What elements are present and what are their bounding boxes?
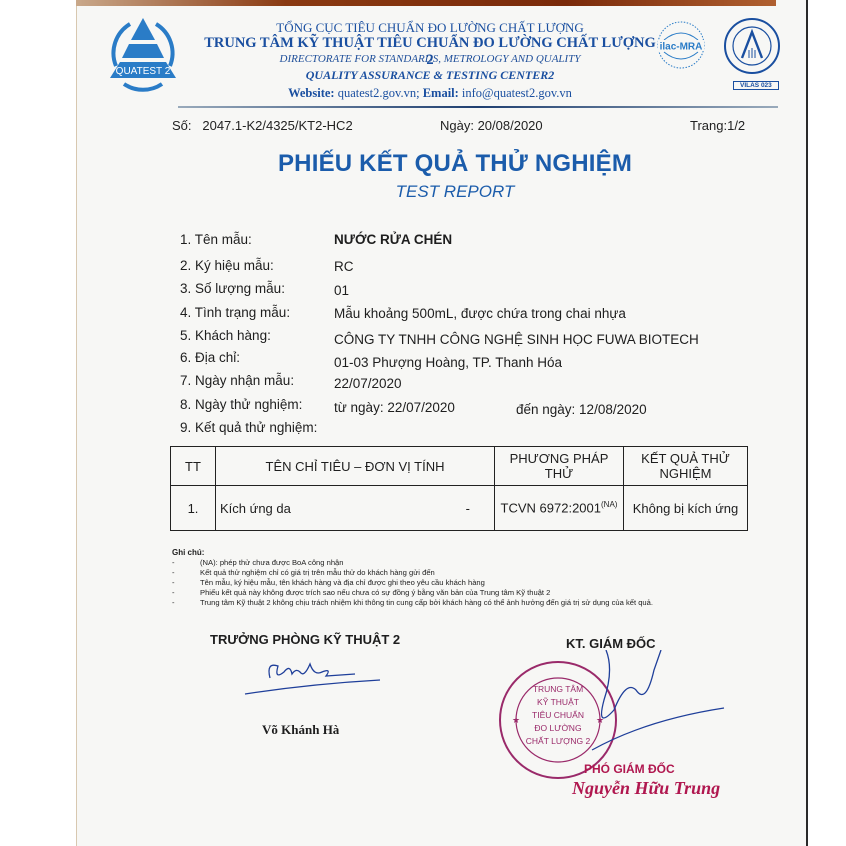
svg-text:ĐO LƯỜNG: ĐO LƯỜNG xyxy=(534,723,581,733)
field-label: 2. Ký hiệu mẫu: xyxy=(180,258,274,273)
indicator-name: Kích ứng da xyxy=(220,501,291,516)
svg-text:TRUNG TÂM: TRUNG TÂM xyxy=(533,684,583,694)
website-label: Website: xyxy=(288,86,335,100)
field-label: 3. Số lượng mẫu: xyxy=(180,281,285,296)
svg-text:★: ★ xyxy=(596,715,604,725)
field-label: 4. Tình trạng mẫu: xyxy=(180,305,290,320)
header-divider xyxy=(178,106,778,108)
field-value-condition: Mẫu khoảng 500mL, được chứa trong chai n… xyxy=(334,306,626,321)
svg-text:★: ★ xyxy=(512,715,520,725)
note-text: Trung tâm Kỹ thuật 2 không chịu trách nh… xyxy=(200,598,653,608)
note-text: (NA): phép thử chưa được BoA công nhận xyxy=(200,558,344,568)
note-item: -(NA): phép thử chưa được BoA công nhận xyxy=(172,558,653,568)
quatest-logo-icon: QUATEST 2 xyxy=(102,14,184,94)
col-header-tt: TT xyxy=(171,447,216,486)
note-item: -Phiếu kết quả này không được trích sao … xyxy=(172,588,653,598)
col-header-indicator: TÊN CHỈ TIÊU – ĐƠN VỊ TÍNH xyxy=(216,447,495,486)
notes-title: Ghi chú: xyxy=(172,548,653,558)
field-label: 8. Ngày thử nghiệm: xyxy=(180,397,302,412)
page-title: PHIẾU KẾT QUẢ THỬ NGHIỆM xyxy=(200,150,710,178)
note-item: -Kết quả thử nghiệm chỉ có giá trị trên … xyxy=(172,568,653,578)
method-value: TCVN 6972:2001 xyxy=(501,501,601,516)
note-text: Phiếu kết quả này không được trích sao n… xyxy=(200,588,550,598)
notes-section: Ghi chú: -(NA): phép thử chưa được BoA c… xyxy=(172,548,653,608)
method-superscript: (NA) xyxy=(601,500,617,509)
field-value-sample-code: RC xyxy=(334,259,354,274)
ilac-mra-icon: ilac-MRA xyxy=(656,20,706,70)
field-value-customer: CÔNG TY TNHH CÔNG NGHỆ SINH HỌC FUWA BIO… xyxy=(334,332,699,347)
field-value-test-to: đến ngày: 12/08/2020 xyxy=(516,402,647,417)
header-contact: Website: quatest2.gov.vn; Email: info@qu… xyxy=(200,86,660,101)
col-header-method: PHƯƠNG PHÁP THỬ xyxy=(495,447,624,486)
cell-tt: 1. xyxy=(171,486,216,531)
left-signatory-title: TRƯỞNG PHÒNG KỸ THUẬT 2 xyxy=(210,632,400,647)
header-directorate-en: DIRECTORATE FOR STANDARDS, METROLOGY AND… xyxy=(200,53,660,65)
cell-method: TCVN 6972:2001(NA) xyxy=(495,486,624,531)
results-table: TT TÊN CHỈ TIÊU – ĐƠN VỊ TÍNH PHƯƠNG PHÁ… xyxy=(170,446,748,531)
field-value-test-from: từ ngày: 22/07/2020 xyxy=(334,400,455,415)
email-link[interactable]: info@quatest2.gov.vn xyxy=(462,86,572,100)
note-text: Tên mẫu, ký hiệu mẫu, tên khách hàng và … xyxy=(200,578,485,588)
right-signatory-name: Nguyễn Hữu Trung xyxy=(572,778,720,799)
note-item: -Trung tâm Kỹ thuật 2 không chịu trách n… xyxy=(172,598,653,608)
field-label: 9. Kết quả thử nghiệm: xyxy=(180,420,317,435)
email-label: Email: xyxy=(423,86,459,100)
page-subtitle: TEST REPORT xyxy=(200,182,710,202)
indicator-unit: - xyxy=(466,501,470,516)
field-value-address: 01-03 Phượng Hoàng, TP. Thanh Hóa xyxy=(334,355,562,370)
field-label: 6. Địa chỉ: xyxy=(180,350,240,365)
header-ministry: TỔNG CỤC TIÊU CHUẨN ĐO LƯỜNG CHẤT LƯỢNG xyxy=(200,20,660,36)
left-signature-icon xyxy=(240,650,390,700)
left-signatory-name: Võ Khánh Hà xyxy=(262,722,339,738)
report-date: Ngày: 20/08/2020 xyxy=(440,118,543,133)
field-label: 7. Ngày nhận mẫu: xyxy=(180,373,294,388)
svg-text:TIÊU CHUẨN: TIÊU CHUẨN xyxy=(532,709,584,720)
number-value: 2047.1-K2/4325/KT2-HC2 xyxy=(202,118,352,133)
number-label: Số: xyxy=(172,118,192,133)
svg-text:ilac-MRA: ilac-MRA xyxy=(660,42,703,53)
field-label: 1. Tên mẫu: xyxy=(180,232,252,247)
note-item: -Tên mẫu, ký hiệu mẫu, tên khách hàng và… xyxy=(172,578,653,588)
svg-text:CHẤT LƯỢNG 2: CHẤT LƯỢNG 2 xyxy=(526,736,591,746)
table-header-row: TT TÊN CHỈ TIÊU – ĐƠN VỊ TÍNH PHƯƠNG PHÁ… xyxy=(171,447,748,486)
report-number: Số: 2047.1-K2/4325/KT2-HC2 xyxy=(172,118,353,133)
field-label: 5. Khách hàng: xyxy=(180,328,271,343)
top-edge-band xyxy=(76,0,776,6)
website-link[interactable]: quatest2.gov.vn; xyxy=(338,86,420,100)
svg-text:KỸ THUẬT: KỸ THUẬT xyxy=(537,697,579,707)
field-value-quantity: 01 xyxy=(334,283,349,298)
col-header-result: KẾT QUẢ THỬ NGHIỆM xyxy=(624,447,748,486)
svg-text:QUATEST 2: QUATEST 2 xyxy=(116,66,171,77)
right-signatory-role: PHÓ GIÁM ĐỐC xyxy=(584,762,675,776)
table-row: 1. Kích ứng da - TCVN 6972:2001(NA) Khôn… xyxy=(171,486,748,531)
page-indicator: Trang:1/2 xyxy=(690,118,745,133)
note-text: Kết quả thử nghiệm chỉ có giá trị trên m… xyxy=(200,568,435,578)
header-center-en: QUALITY ASSURANCE & TESTING CENTER2 xyxy=(200,68,660,83)
official-stamp-icon: TRUNG TÂM KỸ THUẬT TIÊU CHUẨN ĐO LƯỜNG C… xyxy=(496,650,726,780)
field-value-received-date: 22/07/2020 xyxy=(334,376,402,391)
vilas-badge: VILAS 023 xyxy=(733,81,779,90)
boa-accreditation-icon xyxy=(722,16,782,80)
right-signatory-title: KT. GIÁM ĐỐC xyxy=(566,636,656,651)
cell-result: Không bị kích ứng xyxy=(624,486,748,531)
field-value-sample-name: NƯỚC RỬA CHÉN xyxy=(334,232,452,247)
cell-indicator: Kích ứng da - xyxy=(216,486,495,531)
